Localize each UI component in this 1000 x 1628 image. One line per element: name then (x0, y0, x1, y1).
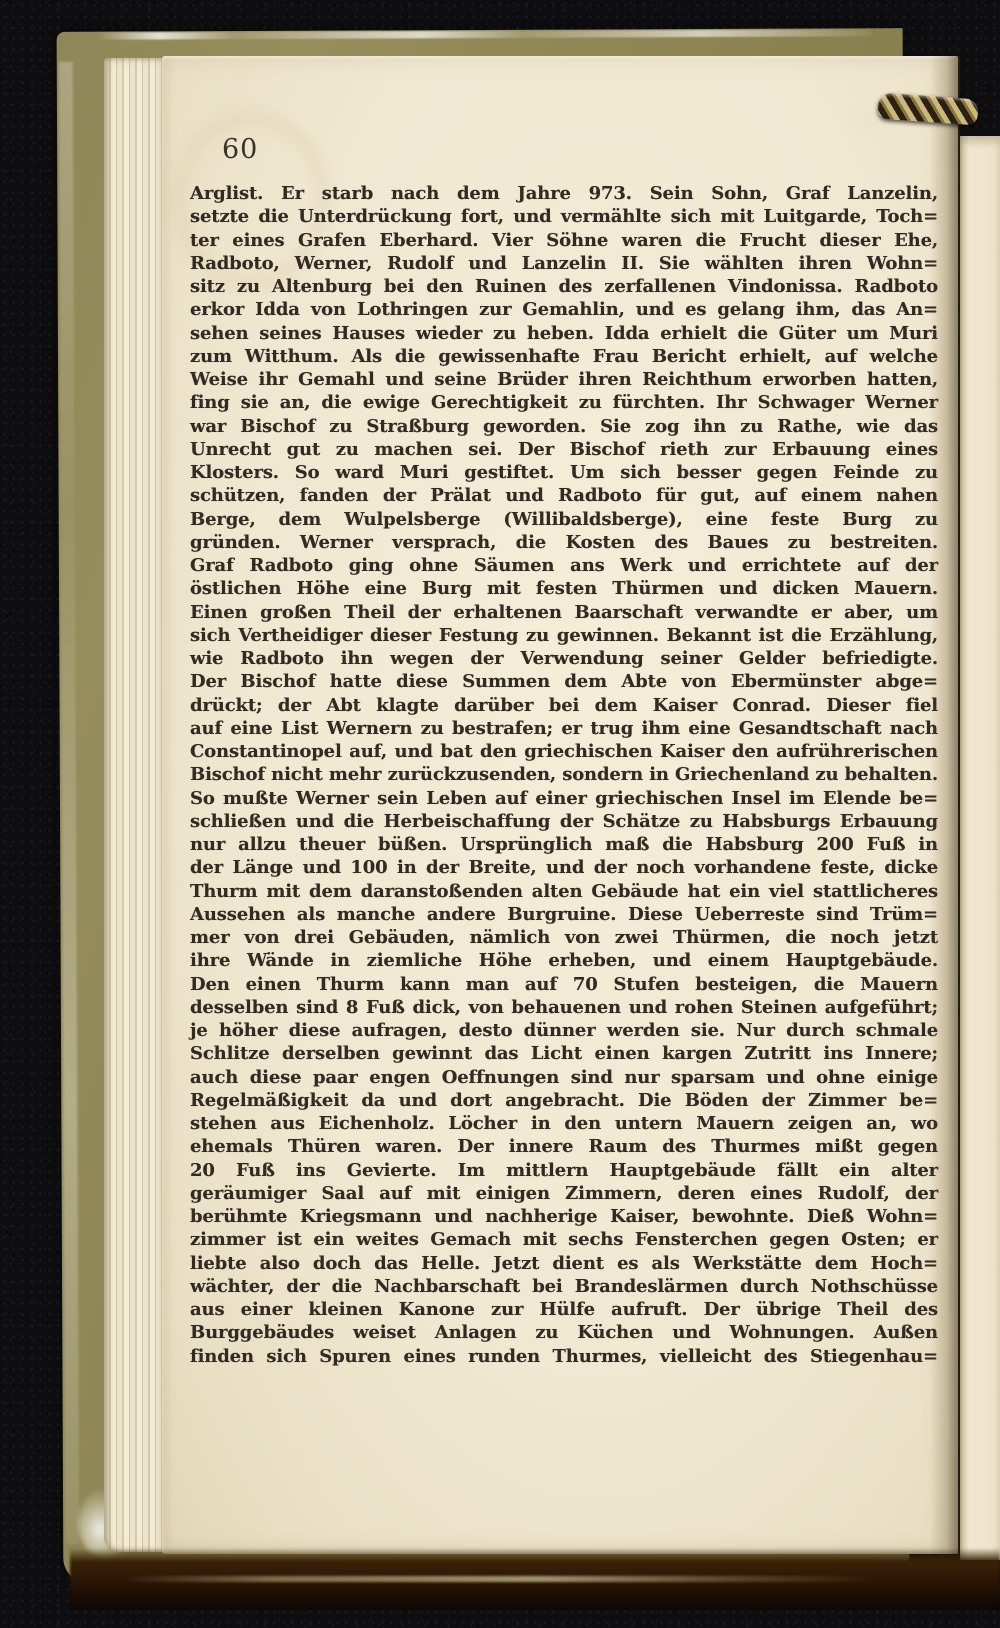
text-line: sitz zu Altenburg bei den Ruinen des zer… (190, 275, 938, 298)
text-line: setzte die Unterdrückung fort, und vermä… (190, 205, 938, 228)
text-line: Bischof nicht mehr zurückzusenden, sonde… (190, 763, 938, 786)
text-line: Aussehen als manche andere Burgruine. Di… (190, 903, 938, 926)
text-line: fing sie an, die ewige Gerechtigkeit zu … (190, 391, 938, 414)
text-line: Regelmäßigkeit da und dort angebracht. D… (190, 1089, 938, 1112)
facing-page-edge (960, 136, 1000, 1560)
text-line: östlichen Höhe eine Burg mit festen Thür… (190, 577, 938, 600)
page-number: 60 (222, 134, 258, 165)
text-line: Einen großen Theil der erhaltenen Baarsc… (190, 601, 938, 624)
text-line: auf eine List Wernern zu bestrafen; er t… (190, 717, 938, 740)
text-line: desselben sind 8 Fuß dick, von behauenen… (190, 996, 938, 1019)
text-line: erkor Idda von Lothringen zur Gemahlin, … (190, 298, 938, 321)
text-line: zum Witthum. Als die gewissenhafte Frau … (190, 345, 938, 368)
page-edge-stack (104, 58, 170, 1552)
text-line: sich Vertheidiger dieser Festung zu gewi… (190, 624, 938, 647)
text-line: stehen aus Eichenholz. Löcher in den unt… (190, 1112, 938, 1135)
text-line: 20 Fuß ins Gevierte. Im mittlern Hauptge… (190, 1159, 938, 1182)
text-line: ter eines Grafen Eberhard. Vier Söhne wa… (190, 229, 938, 252)
text-line: Graf Radboto ging ohne Säumen ans Werk u… (190, 554, 938, 577)
text-line: drückt; der Abt klagte darüber bei dem K… (190, 694, 938, 717)
text-line: liebte also doch das Helle. Jetzt dient … (190, 1252, 938, 1275)
text-line: Unrecht gut zu machen sei. Der Bischof r… (190, 438, 938, 461)
text-line: Klosters. So ward Muri gestiftet. Um sic… (190, 461, 938, 484)
text-line: Arglist. Er starb nach dem Jahre 973. Se… (190, 182, 938, 205)
book-page: 60 Arglist. Er starb nach dem Jahre 973.… (162, 56, 958, 1554)
text-block: Arglist. Er starb nach dem Jahre 973. Se… (190, 182, 938, 1368)
text-line: berühmte Kriegsmann und nachherige Kaise… (190, 1205, 938, 1228)
text-line: nur allzu theuer büßen. Ursprünglich maß… (190, 833, 938, 856)
text-line: je höher diese aufragen, desto dünner we… (190, 1019, 938, 1042)
text-line: schützen, fanden der Prälat und Radboto … (190, 484, 938, 507)
text-line: war Bischof zu Straßburg geworden. Sie z… (190, 415, 938, 438)
text-line: Burggebäudes weiset Anlagen zu Küchen un… (190, 1321, 938, 1344)
text-line: Radboto, Werner, Rudolf und Lanzelin II.… (190, 252, 938, 275)
text-line: geräumiger Saal auf mit einigen Zimmern,… (190, 1182, 938, 1205)
text-line: Der Bischof hatte diese Summen dem Abte … (190, 670, 938, 693)
text-line: Berge, dem Wulpelsberge (Willibaldsberge… (190, 508, 938, 531)
text-line: So mußte Werner sein Leben auf einer gri… (190, 787, 938, 810)
gutter-shadow (930, 56, 960, 1554)
text-line: ihre Wände in ziemliche Höhe erheben, un… (190, 949, 938, 972)
text-line: der Länge und 100 in der Breite, und der… (190, 856, 938, 879)
bottom-edge-glare (120, 1576, 880, 1582)
text-line: finden sich Spuren eines runden Thurmes,… (190, 1345, 938, 1368)
text-line: schließen und die Herbeischaffung der Sc… (190, 810, 938, 833)
photo-background: 60 Arglist. Er starb nach dem Jahre 973.… (0, 0, 1000, 1628)
text-line: gründen. Werner versprach, die Kosten de… (190, 531, 938, 554)
text-line: wie Radboto ihn wegen der Verwendung sei… (190, 647, 938, 670)
text-line: ehemals Thüren waren. Der innere Raum de… (190, 1135, 938, 1158)
text-line: Den einen Thurm kann man auf 70 Stufen b… (190, 973, 938, 996)
text-line: wächter, der die Nachbarschaft bei Brand… (190, 1275, 938, 1298)
text-line: Constantinopel auf, und bat den griechis… (190, 740, 938, 763)
text-line: Thurm mit dem daranstoßenden alten Gebäu… (190, 880, 938, 903)
text-line: auch diese paar engen Oeffnungen sind nu… (190, 1066, 938, 1089)
text-line: sehen seines Hauses wieder zu heben. Idd… (190, 322, 938, 345)
text-line: zimmer ist ein weites Gemach mit sechs F… (190, 1228, 938, 1251)
text-line: mer von drei Gebäuden, nämlich von zwei … (190, 926, 938, 949)
text-line: Weise ihr Gemahl und seine Brüder ihren … (190, 368, 938, 391)
text-line: Schlitze derselben gewinnt das Licht ein… (190, 1042, 938, 1065)
text-line: aus einer kleinen Kanone zur Hülfe aufru… (190, 1298, 938, 1321)
